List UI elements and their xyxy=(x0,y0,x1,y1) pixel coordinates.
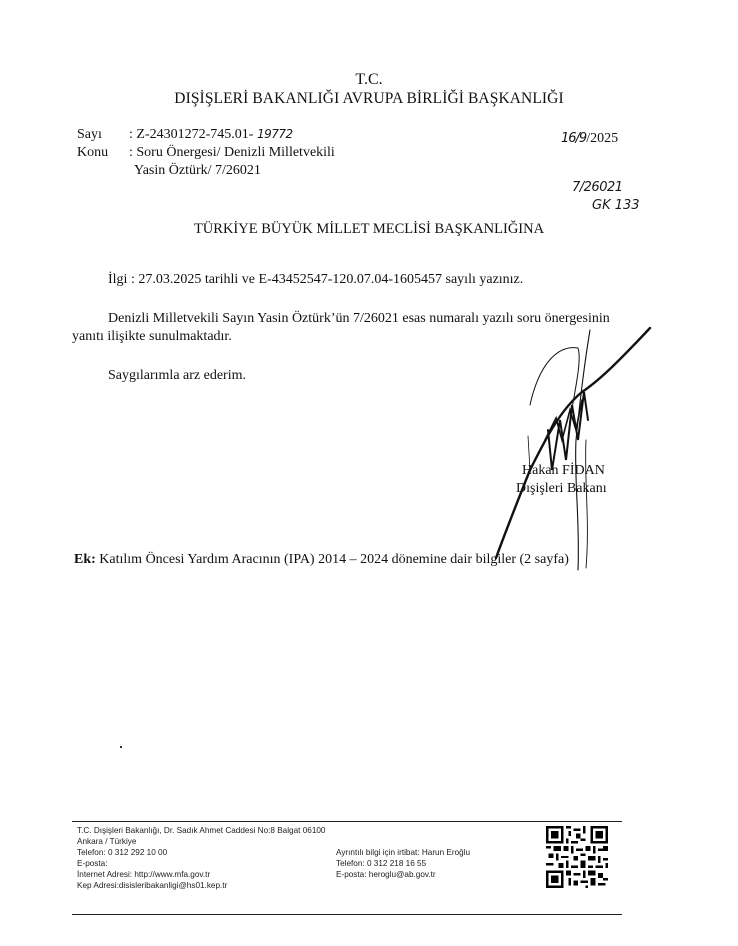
handwritten-signature-icon xyxy=(0,0,738,946)
closing-line: Saygılarımla arz ederim. xyxy=(108,368,246,384)
footer-bottom-divider xyxy=(72,914,622,915)
footer-kep-address[interactable]: Kep Adresi:disisleribakanligi@hs01.kep.t… xyxy=(77,881,227,890)
addressee: TÜRKİYE BÜYÜK MİLLET MECLİSİ BAŞKANLIĞIN… xyxy=(0,221,738,238)
attachment-label: Ek: xyxy=(74,552,96,567)
date-handwritten: 16/9 xyxy=(561,131,586,146)
sayi-number: : Z-24301272-745.01- xyxy=(129,127,257,142)
ilgi-line: İlgi : 27.03.2025 tarihli ve E-43452547-… xyxy=(108,272,523,288)
footer-email: E-posta: xyxy=(77,859,108,868)
document-date: 16/9/2025 xyxy=(561,131,618,147)
header-ministry: DIŞİŞLERİ BAKANLIĞI AVRUPA BİRLİĞİ BAŞKA… xyxy=(0,90,738,108)
scan-speck xyxy=(120,746,122,748)
attachment-text: Katılım Öncesi Yardım Aracının (IPA) 201… xyxy=(96,552,569,567)
signatory-name: Hakan FİDAN xyxy=(522,463,605,479)
body-paragraph-line2: yanıtı ilişikte sunulmaktadır. xyxy=(72,329,232,345)
date-printed: /2025 xyxy=(586,131,618,146)
header-state: T.C. xyxy=(0,71,738,89)
attachment-line: Ek: Katılım Öncesi Yardım Aracının (IPA)… xyxy=(74,552,569,568)
konu-label: Konu xyxy=(77,145,108,161)
footer-contact-email[interactable]: E-posta: heroglu@ab.gov.tr xyxy=(336,870,436,879)
sayi-handwritten: 19772 xyxy=(257,127,293,141)
sayi-value: : Z-24301272-745.01- 19772 xyxy=(129,127,293,143)
qr-code-icon xyxy=(546,822,608,892)
body-paragraph-line1: Denizli Milletvekili Sayın Yasin Öztürk’… xyxy=(108,311,610,327)
footer-website[interactable]: İnternet Adresi: http://www.mfa.gov.tr xyxy=(77,870,210,879)
footer-address-line2: Ankara / Türkiye xyxy=(77,837,136,846)
konu-value-line2: Yasin Öztürk/ 7/26021 xyxy=(134,163,261,179)
footer-phone: Telefon: 0 312 292 10 00 xyxy=(77,848,167,857)
konu-value-line1: : Soru Önergesi/ Denizli Milletvekili xyxy=(129,145,335,161)
footer-contact-person: Ayrıntılı bilgi için irtibat: Harun Eroğ… xyxy=(336,848,470,857)
handwritten-ref-code: GK 133 xyxy=(592,198,640,213)
footer-address-line1: T.C. Dışişleri Bakanlığı, Dr. Sadık Ahme… xyxy=(77,826,325,835)
handwritten-ref-number: 7/26021 xyxy=(572,180,623,195)
footer-contact-phone: Telefon: 0 312 218 16 55 xyxy=(336,859,426,868)
sayi-label: Sayı xyxy=(77,127,102,143)
signatory-title: Dışişleri Bakanı xyxy=(516,481,607,497)
footer-top-divider xyxy=(72,821,622,822)
